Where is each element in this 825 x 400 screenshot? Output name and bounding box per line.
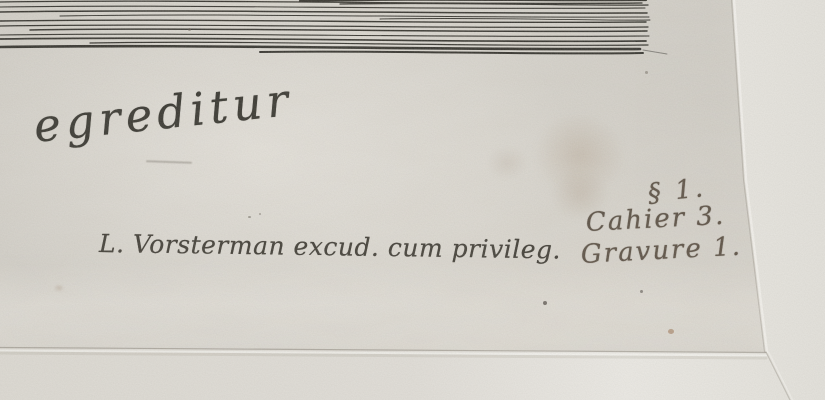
ink-speck [640, 290, 643, 293]
stain-mark [52, 283, 66, 293]
engraving-hatching [0, 0, 680, 62]
annotation-gravure: Gravure 1. [580, 234, 742, 268]
ink-speck [645, 71, 648, 74]
ink-speck [248, 216, 251, 218]
foxing-speck [668, 329, 674, 334]
engraved-caption: egreditur [32, 77, 296, 149]
photograph-of-engraving: egreditur L. Vorsterman excud. cum privi… [0, 0, 825, 400]
scratch-mark [146, 160, 192, 164]
engraving-sheet: egreditur L. Vorsterman excud. cum privi… [0, 0, 825, 400]
stain-mark [478, 140, 536, 186]
annotation-cahier: Cahier 3. [585, 203, 726, 236]
ink-speck [543, 301, 547, 305]
ink-speck [259, 213, 261, 215]
publisher-inscription: L. Vorsterman excud. cum privileg. [99, 231, 561, 262]
